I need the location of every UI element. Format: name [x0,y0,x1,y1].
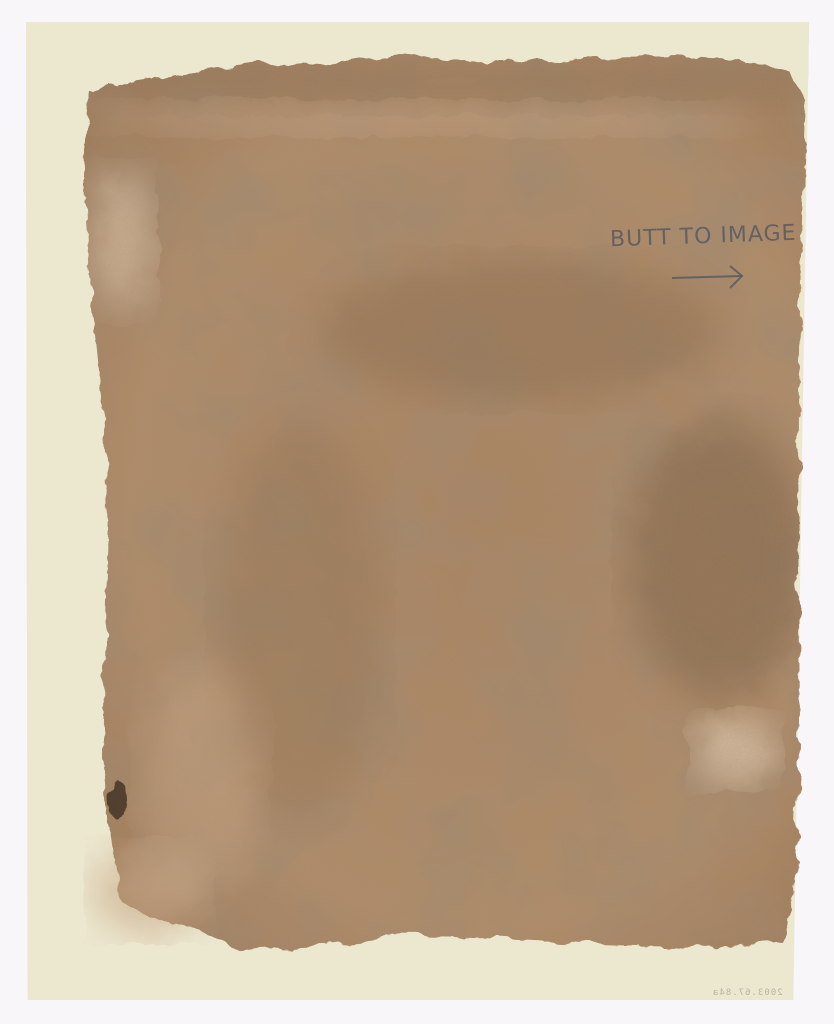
accession-number-showthrough: 2003.67.84a [712,988,783,998]
ink-wash-stain [0,0,834,1024]
